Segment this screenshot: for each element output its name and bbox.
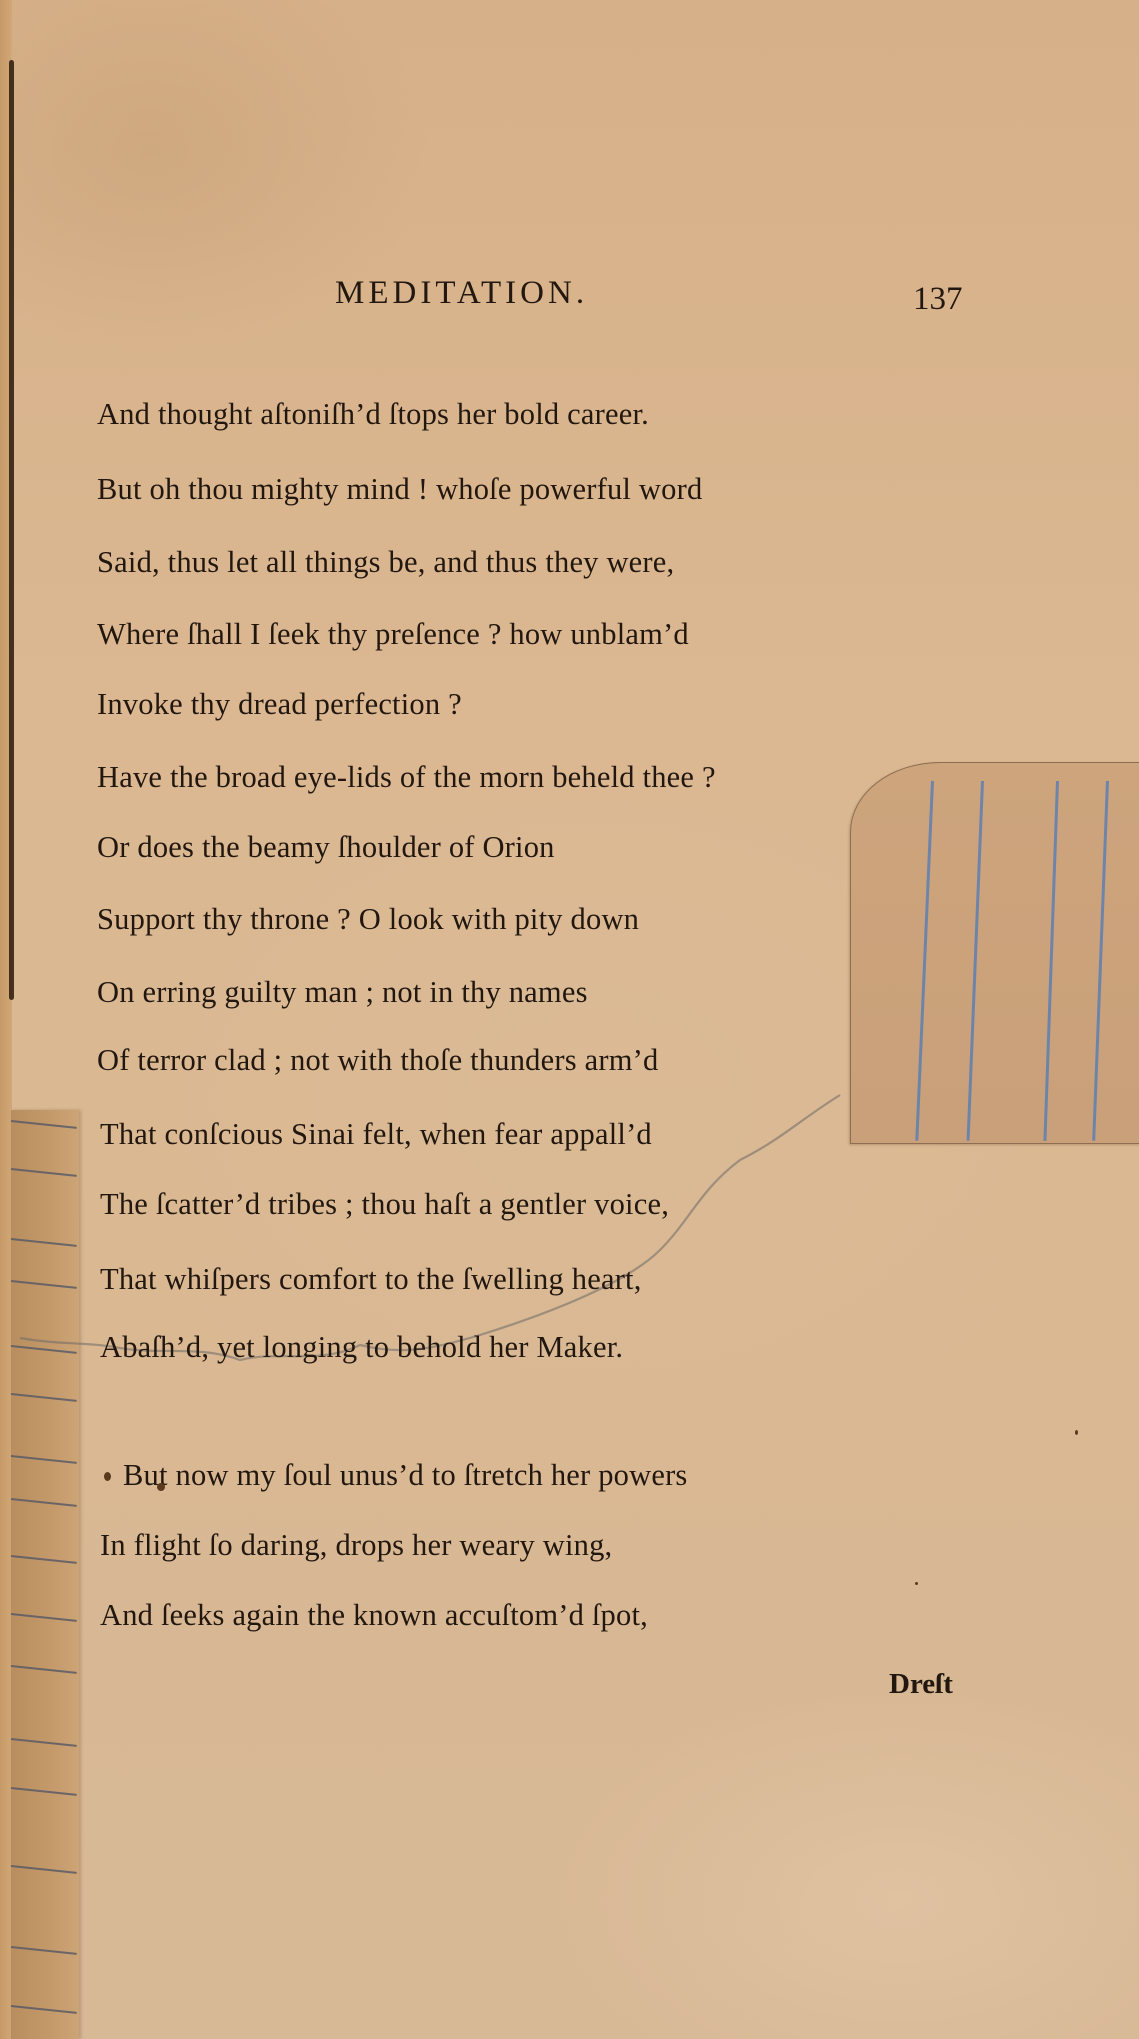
verse-line: Support thy throne ? O look with pity do… [97,902,639,937]
guard-strip-rule [11,1238,77,1247]
guard-strip-rule [11,1168,77,1177]
verse-line: Of terror clad ; not with thoſe thunders… [97,1043,658,1078]
guard-strip-rule [11,1613,77,1622]
patch-ruled-line [915,781,934,1141]
guard-strip-rule [11,1738,77,1747]
verse-line: The ſcatter’d tribes ; thou haſt a gentl… [100,1187,669,1222]
catchword: Dreſt [889,1668,953,1701]
page-number: 137 [913,281,963,318]
guard-strip-rule [11,1865,77,1874]
guard-strip-rule [11,1393,77,1402]
guard-strip-rule [11,1455,77,1464]
binding-shadow [9,60,14,1000]
verse-line: And ſeeks again the known accuſtom’d ſpo… [100,1598,648,1633]
verse-line: Invoke thy dread perfection ? [97,687,462,722]
ink-speck [157,1483,165,1491]
guard-strip-rule [11,1665,77,1674]
verse-line: On erring guilty man ; not in thy names [97,975,588,1010]
running-head: MEDITATION. 137 [0,275,1139,325]
verse-line: Or does the beamy ſhoulder of Orion [97,830,555,865]
verse-line: Abaſh’d, yet longing to behold her Maker… [100,1330,623,1365]
verse-line: Have the broad eye-lids of the morn behe… [97,760,716,795]
guard-strip-rule [11,1345,77,1354]
guard-strip-rule [11,2005,77,2014]
verse-line: But oh thou mighty mind ! whoſe powerful… [97,472,702,507]
verse-line: That whiſpers comfort to the ſwelling he… [100,1262,642,1297]
binding-guard-strip [11,1110,79,2039]
verse-line: Said, thus let all things be, and thus t… [97,545,674,580]
patch-ruled-line [967,781,984,1141]
paper-repair-patch [850,762,1139,1144]
verse-line: In flight ſo daring, drops her weary win… [100,1528,612,1563]
verse-line: But now my ſoul unus’d to ſtretch her po… [123,1458,688,1493]
patch-ruled-line [1043,781,1059,1141]
scanned-book-page: MEDITATION. 137 And thought aſtoniſh’d ſ… [0,0,1139,2039]
ink-speck [915,1582,918,1585]
guard-strip-rule [11,1787,77,1796]
verse-line: Where ſhall I ſeek thy preſence ? how un… [97,617,689,652]
guard-strip-rule [11,1280,77,1289]
verse-line: That conſcious Sinai felt, when fear app… [100,1117,652,1152]
guard-strip-rule [11,1555,77,1564]
guard-strip-rule [11,1946,77,1955]
guard-strip-rule [11,1498,77,1507]
ink-speck [1075,1430,1078,1435]
guard-strip-rule [11,1120,77,1129]
running-head-title: MEDITATION. [335,275,588,312]
patch-ruled-line [1092,781,1109,1141]
verse-line: And thought aſtoniſh’d ſtops her bold ca… [97,397,649,432]
ink-speck [104,1472,111,1481]
